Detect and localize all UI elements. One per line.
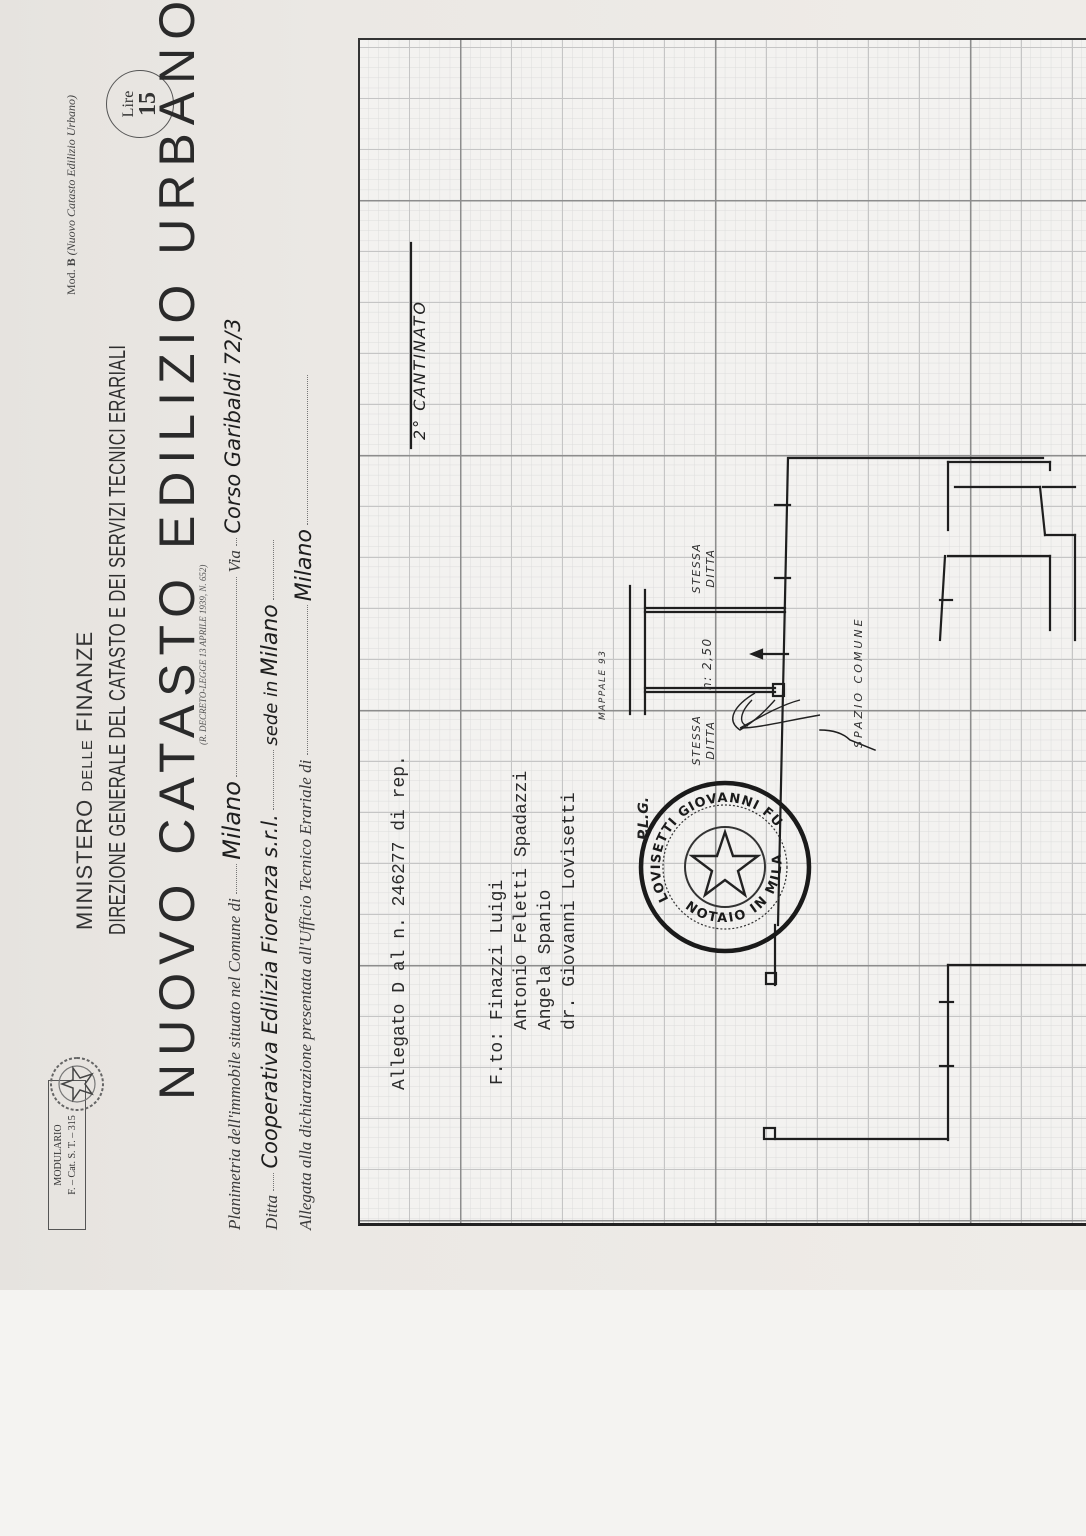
label-spazio-comune: SPAZIO COMUNE — [852, 616, 865, 748]
label-stessa-ditta-bottom: STESSA DITTA — [690, 710, 718, 770]
signatory-2: Antonio Feletti Spadazzi — [512, 771, 532, 1030]
attachment-reference: Allegato D al n. 246277 di rep. — [390, 755, 410, 1090]
label-stessa-ditta-top: STESSA DITTA — [690, 538, 718, 598]
handwritten-initials: P.L.G. — [636, 797, 652, 840]
signatory-4: dr. Giovanni Lovisetti — [560, 792, 580, 1030]
signatures-first: F.to: Finazzi Luigi — [488, 880, 508, 1085]
floor-plan-drawing — [0, 0, 1086, 1536]
signature-scribble — [733, 693, 820, 730]
signatory-3: Angela Spanio — [536, 890, 556, 1030]
signatory-1: Finazzi Luigi — [488, 880, 508, 1020]
mappale-label: MAPPALE 93 — [598, 650, 608, 721]
label-height: h: 2,50 — [700, 637, 714, 690]
notary-seal-star-icon: LOVISETTI GIOVANNI FU PAOLO NOTAIO IN MI… — [630, 772, 820, 962]
level-title: 2° CANTINATO — [410, 300, 429, 440]
